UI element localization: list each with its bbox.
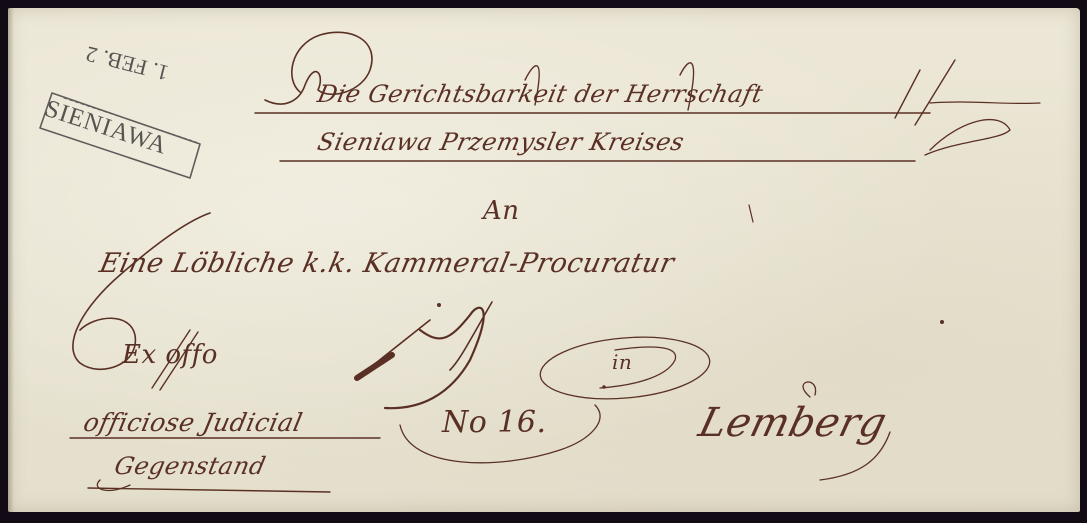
letter-number: No 16. bbox=[442, 405, 547, 440]
official-note-line-2: Gegenstand bbox=[112, 452, 268, 480]
ex-officio-note: Ex offo bbox=[122, 340, 218, 370]
address-preposition: An bbox=[483, 196, 520, 226]
place-prefix: in bbox=[612, 350, 632, 374]
sender-line-1: Die Gerichtsbarkeit der Herrschaft bbox=[315, 80, 766, 108]
sender-line-2: Sieniawa Przemysler Kreises bbox=[315, 128, 687, 156]
official-note-underline-2 bbox=[88, 488, 330, 492]
destination-city: Lemberg bbox=[694, 400, 891, 446]
address-line-1: Eine Löbliche k.k. Kammeral-Procuratur bbox=[97, 248, 677, 279]
official-note-line-1: officiose Judicial bbox=[81, 408, 305, 437]
